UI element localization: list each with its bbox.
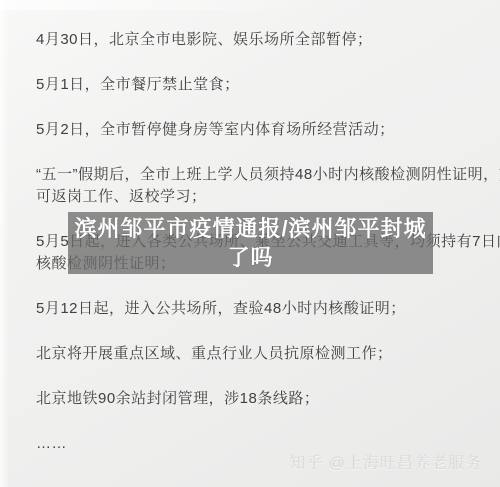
- text-line: 5月12日起，进入公共场所，查验48小时内核酸证明；: [36, 298, 470, 320]
- article-image: 4月30日，北京全市电影院、娱乐场所全部暂停；5月1日，全市餐厅禁止堂食；5月2…: [0, 0, 500, 487]
- timeline-paragraph: 5月2日，全市暂停健身房等室内体育场所经营活动；: [36, 119, 470, 141]
- text-line: 可返岗工作、返校学习；: [36, 186, 470, 208]
- timeline-paragraph: 北京将开展重点区域、重点行业人员抗原检测工作；: [36, 343, 470, 365]
- text-line: “五一”假期后，全市上班上学人员须持48小时内核酸检测阴性证明，方: [36, 164, 470, 186]
- overlay-title-box: 滨州邹平市疫情通报/滨州邹平封城 了吗: [68, 212, 433, 274]
- text-line: 北京将开展重点区域、重点行业人员抗原检测工作；: [36, 343, 470, 365]
- text-line: 5月2日，全市暂停健身房等室内体育场所经营活动；: [36, 119, 470, 141]
- text-line: 5月1日，全市餐厅禁止堂食；: [36, 74, 470, 96]
- timeline-paragraph: 北京地铁90余站封闭管理，涉18条线路；: [36, 388, 470, 410]
- timeline-paragraph: 4月30日，北京全市电影院、娱乐场所全部暂停；: [36, 29, 470, 51]
- text-line: 4月30日，北京全市电影院、娱乐场所全部暂停；: [36, 29, 470, 51]
- timeline-paragraph: 5月12日起，进入公共场所，查验48小时内核酸证明；: [36, 298, 470, 320]
- text-line: 北京地铁90余站封闭管理，涉18条线路；: [36, 388, 470, 410]
- watermark: 知乎 @上海旺昌养老服务: [289, 450, 482, 473]
- overlay-title-line-1: 滨州邹平市疫情通报/滨州邹平封城: [74, 214, 426, 243]
- overlay-title-line-2: 了吗: [227, 243, 273, 272]
- timeline-paragraph: “五一”假期后，全市上班上学人员须持48小时内核酸检测阴性证明，方可返岗工作、返…: [36, 164, 470, 208]
- timeline-paragraph: 5月1日，全市餐厅禁止堂食；: [36, 74, 470, 96]
